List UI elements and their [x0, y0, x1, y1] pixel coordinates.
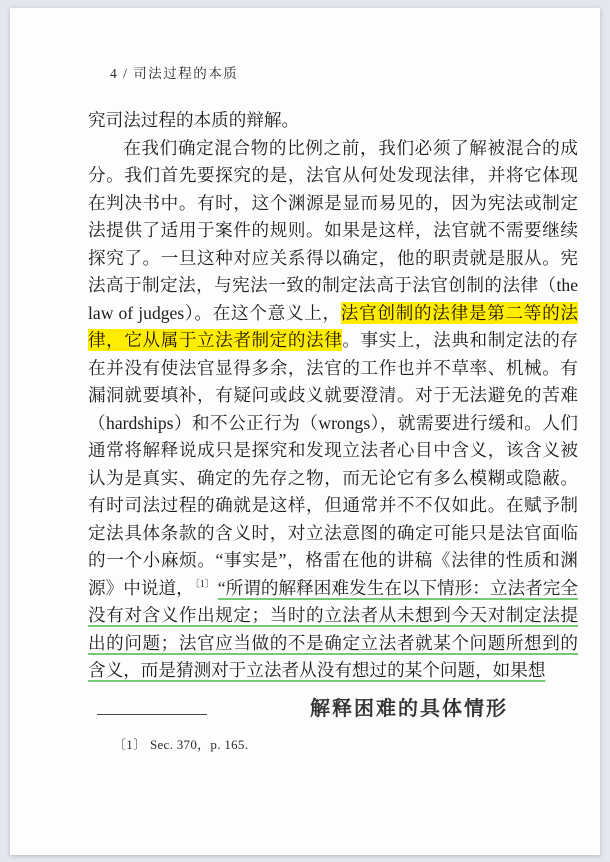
- footnote-separator-rule: [97, 714, 207, 715]
- paragraph-main: 在我们确定混合物的比例之前，我们必须了解被混合的成分。我们首先要探究的是，法官从…: [88, 135, 578, 685]
- running-header: 4 / 司法过程的本质: [110, 62, 238, 82]
- paragraph-continuation: 究司法过程的本质的辩解。: [88, 107, 578, 135]
- footnote-text: 〔1〕 Sec. 370，p. 165.: [113, 734, 248, 753]
- reader-note-annotation[interactable]: 解释困难的具体情形: [310, 692, 508, 721]
- body-text-block: 究司法过程的本质的辩解。 在我们确定混合物的比例之前，我们必须了解被混合的成分。…: [88, 107, 578, 685]
- book-page: 4 / 司法过程的本质 究司法过程的本质的辩解。 在我们确定混合物的比例之前，我…: [10, 8, 600, 855]
- footnote-ref-marker[interactable]: 〔1〕: [195, 579, 215, 590]
- paragraph-text-continued: 。事实上，法典和制定法的存在并没有使法官显得多余，法官的工作也并不草率、机械。有…: [88, 330, 578, 598]
- paragraph-text: 在我们确定混合物的比例之前，我们必须了解被混合的成分。我们首先要探究的是，法官从…: [88, 138, 578, 323]
